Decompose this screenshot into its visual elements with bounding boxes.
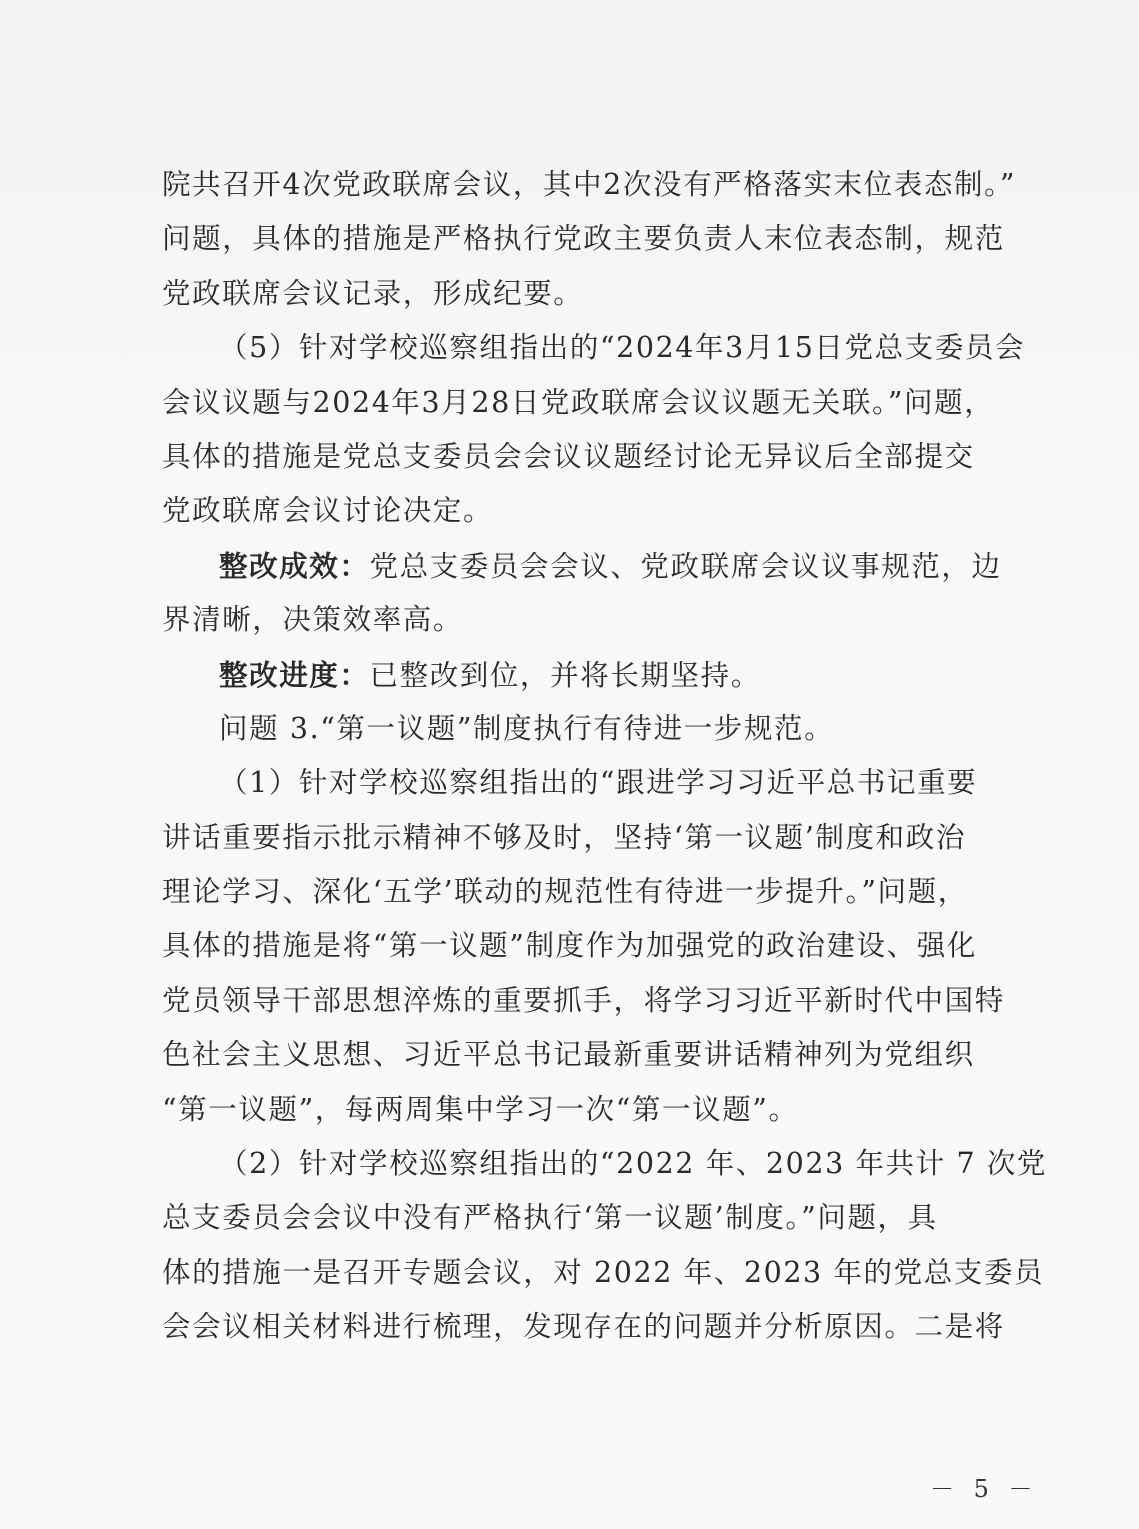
paragraph-line: 党政联席会议记录，形成纪要。: [162, 267, 1002, 321]
effect-text: 党总支委员会会议、党政联席会议议事规范，边: [370, 550, 1002, 583]
paragraph-line: 体的措施一是召开专题会议，对 2022 年、2023 年的党总支委员: [162, 1246, 1002, 1300]
paragraph-line: 问题，具体的措施是严格执行党政主要负责人末位表态制，规范: [162, 212, 1002, 266]
paragraph-line: （2）针对学校巡察组指出的“2022 年、2023 年共计 7 次党: [162, 1137, 1002, 1191]
paragraph-line: 界清晰，决策效率高。: [162, 593, 1002, 647]
paragraph-line: 党政联席会议讨论决定。: [162, 484, 1002, 538]
section-heading: 问题 3.“第一议题”制度执行有待进一步规范。: [162, 702, 1002, 756]
paragraph-line: 院共召开4次党政联席会议，其中2次没有严格落实末位表态制。”: [162, 158, 1002, 212]
paragraph-line: 党员领导干部思想淬炼的重要抓手，将学习习近平新时代中国特: [162, 974, 1002, 1028]
paragraph-line: 会议议题与2024年3月28日党政联席会议议题无关联。”问题，: [162, 376, 1002, 430]
effect-label: 整改成效：: [219, 549, 370, 583]
page-number: － 5 －: [930, 1469, 1039, 1504]
paragraph-line: 具体的措施是党总支委员会会议议题经讨论无异议后全部提交: [162, 430, 1002, 484]
paragraph-line: 理论学习、深化‘五学’联动的规范性有待进一步提升。”问题，: [162, 865, 1002, 919]
document-page: 院共召开4次党政联席会议，其中2次没有严格落实末位表态制。” 问题，具体的措施是…: [0, 0, 1139, 1529]
paragraph-line: 会会议相关材料进行梳理，发现存在的问题并分析原因。二是将: [162, 1300, 1002, 1354]
paragraph-line: “第一议题”，每两周集中学习一次“第一议题”。: [162, 1083, 1002, 1137]
document-body: 院共召开4次党政联席会议，其中2次没有严格落实末位表态制。” 问题，具体的措施是…: [162, 158, 1002, 1355]
paragraph-line: 具体的措施是将“第一议题”制度作为加强党的政治建设、强化: [162, 919, 1002, 973]
progress-text: 已整改到位，并将长期坚持。: [370, 659, 761, 692]
progress-line: 整改进度：已整改到位，并将长期坚持。: [162, 648, 1002, 702]
paragraph-line: （1）针对学校巡察组指出的“跟进学习习近平总书记重要: [162, 756, 1002, 810]
paragraph-line: 总支委员会会议中没有严格执行‘第一议题’制度。”问题，具: [162, 1191, 1002, 1245]
progress-label: 整改进度：: [219, 658, 370, 692]
effect-line: 整改成效：党总支委员会会议、党政联席会议议事规范，边: [162, 539, 1002, 593]
paragraph-line: （5）针对学校巡察组指出的“2024年3月15日党总支委员会: [162, 321, 1002, 375]
paragraph-line: 色社会主义思想、习近平总书记最新重要讲话精神列为党组织: [162, 1028, 1002, 1082]
paragraph-line: 讲话重要指示批示精神不够及时，坚持‘第一议题’制度和政治: [162, 811, 1002, 865]
